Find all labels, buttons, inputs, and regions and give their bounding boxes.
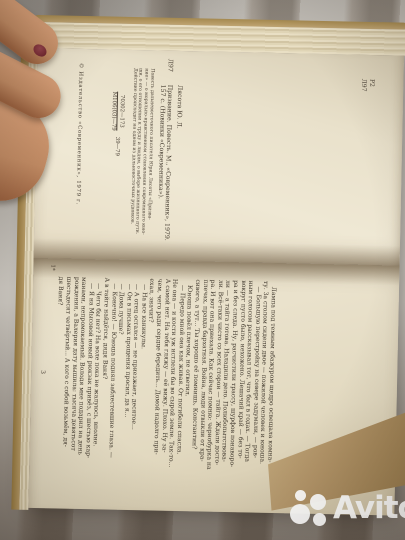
signature-mark: 1* [49, 264, 55, 270]
imprint-page: Р2 Л97 Лясота Ю. Л. Л97 Призвание. Повес… [34, 48, 404, 266]
catalog-card: Лясота Ю. Л. Л97 Призвание. Повесть. М.,… [107, 58, 184, 253]
catalog-number-block: 70302—173 М106(03)—79 39—79 [107, 92, 125, 252]
author-line: Лясота Ю. Л. [172, 85, 183, 253]
classification-codes: Р2 Л97 [360, 79, 375, 92]
catalog-number-top: 70302—173 [118, 95, 125, 128]
avito-watermark-text: Avito [333, 490, 405, 526]
catalog-number-suffix: 39—79 [113, 137, 119, 156]
catalog-number-bottom: М106(03)—79 [110, 92, 119, 131]
code-r2: Р2 [368, 79, 376, 92]
avito-logo-icon [288, 488, 332, 532]
entry-text: Призвание. Повесть. М., «Современник», 1… [155, 85, 173, 241]
entry-code: Л97 [159, 59, 175, 85]
annotation: Повесть дальневосточного писателя Юрия Л… [127, 68, 154, 252]
code-l97: Л97 [360, 79, 368, 92]
catalog-number-fraction: 70302—173 М106(03)—79 [110, 92, 125, 131]
copyright-line: © Издательство «Современник», 1979 г. [75, 63, 84, 205]
prose-block: Лампа под темным абажуром щедро освещала… [52, 276, 277, 507]
book-photo: Р2 Л97 Лясота Ю. Л. Л97 Призвание. Повес… [0, 0, 405, 540]
page-number: 3 [39, 370, 46, 374]
avito-watermark: Avito [288, 480, 403, 536]
catalog-entry: Л97 Призвание. Повесть. М., «Современник… [155, 59, 174, 253]
